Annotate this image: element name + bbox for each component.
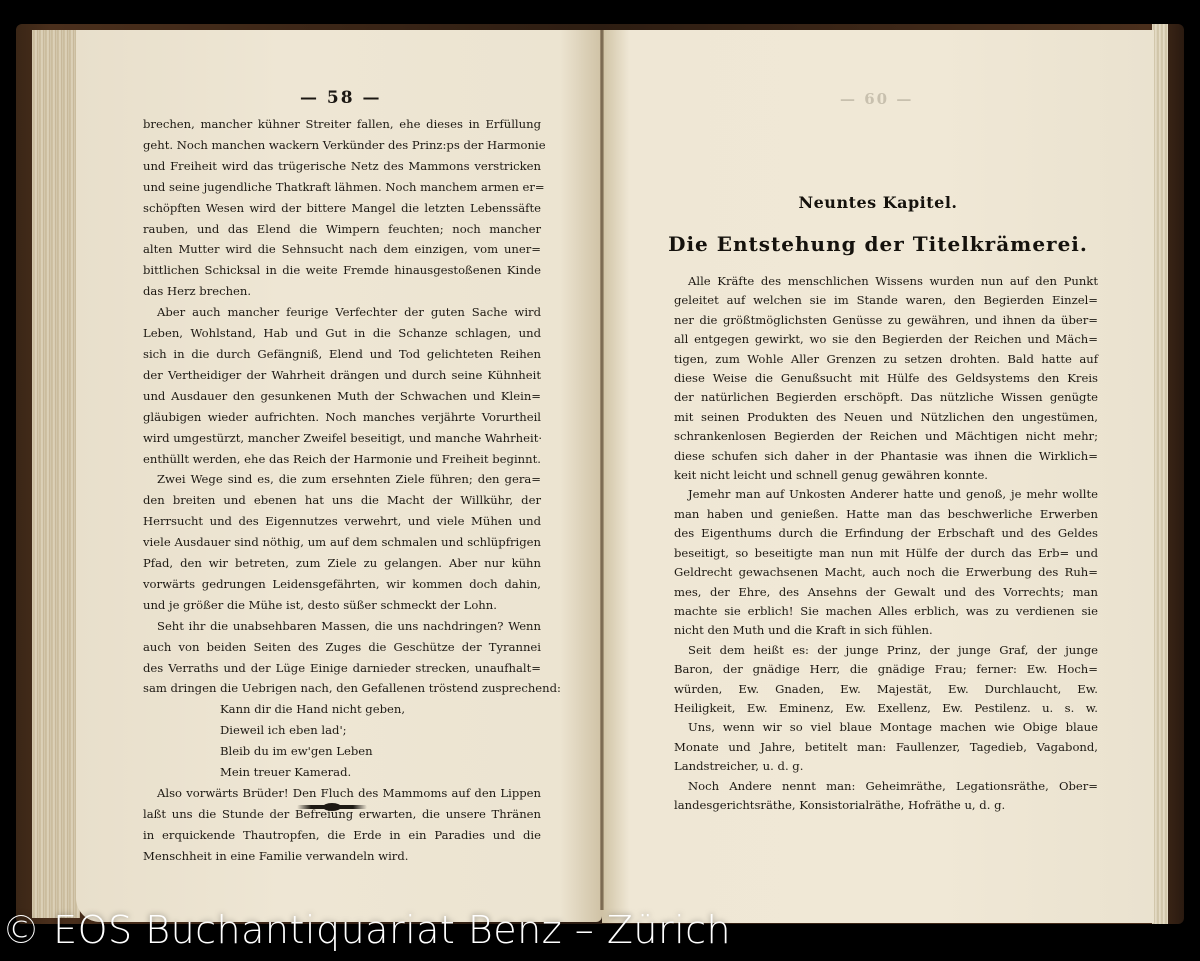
text-line: diese Weise die Genußsucht mit Hülfe des… (674, 369, 1098, 388)
chapter-number: Neuntes Kapitel. (602, 193, 1154, 212)
text-line: des Eigenthums durch die Erfindung der E… (674, 524, 1098, 543)
paragraph-start: Noch Andere nennt man: Geheimräthe, Lega… (674, 777, 1098, 796)
text-line: sich in die durch Gefängniß, Elend und T… (143, 344, 541, 365)
text-line: schrankenlosen Begierden der Reichen und… (674, 427, 1098, 446)
text-line: keit nicht leicht und schnell genug gewä… (674, 466, 1098, 485)
paragraph-start: Also vorwärts Brüder! Den Fluch des Mamm… (143, 783, 541, 804)
text-line: viele Ausdauer sind nöthig, um auf dem s… (143, 532, 541, 553)
text-line: den breiten und ebenen hat uns die Macht… (143, 490, 541, 511)
text-line: ner die größtmöglichsten Genüsse zu gewä… (674, 311, 1098, 330)
end-ornament (297, 805, 367, 809)
verse-line: Dieweil ich eben lad'; (143, 720, 541, 741)
text-line: in erquickende Thautropfen, die Erde in … (143, 825, 541, 846)
text-line: tigen, zum Wohle Aller Grenzen zu setzen… (674, 350, 1098, 369)
paragraph-start: Jemehr man auf Unkosten Anderer hatte un… (674, 485, 1098, 504)
text-line: würden, Ew. Gnaden, Ew. Majestät, Ew. Du… (674, 680, 1098, 699)
text-line: gläubigen wieder aufrichten. Noch manche… (143, 407, 541, 428)
text-line: Landstreicher, u. d. g. (674, 757, 1098, 776)
text-line: enthüllt werden, ehe das Reich der Harmo… (143, 449, 541, 470)
text-line: und je größer die Mühe ist, desto süßer … (143, 595, 541, 616)
text-line: geleitet auf welchen sie im Stande waren… (674, 291, 1098, 310)
text-line: alten Mutter wird die Sehnsucht nach dem… (143, 239, 541, 260)
text-line: rauben, und das Elend die Wimpern feucht… (143, 219, 541, 240)
text-line: Pfad, den wir betreten, zum Ziele zu gel… (143, 553, 541, 574)
text-line: Baron, der gnädige Herr, die gnädige Fra… (674, 660, 1098, 679)
text-line: mes, der Ehre, des Ansehns der Gewalt un… (674, 583, 1098, 602)
text-line: sam dringen die Uebrigen nach, den Gefal… (143, 678, 541, 699)
verse-line: Kann dir die Hand nicht geben, (143, 699, 541, 720)
text-line: des Verraths und der Lüge Einige darnied… (143, 658, 541, 679)
text-line: Herrsucht und des Eigennutzes verwehrt, … (143, 511, 541, 532)
text-line: machte sie erblich! Sie machen Alles erb… (674, 602, 1098, 621)
text-line: Geldrecht gewachsenen Macht, auch noch d… (674, 563, 1098, 582)
text-line: wird umgestürzt, mancher Zweifel beseiti… (143, 428, 541, 449)
text-line: Monate und Jahre, betitelt man: Faullenz… (674, 738, 1098, 757)
text-line: der natürlichen Begierden erschöpft. Das… (674, 388, 1098, 407)
text-line: man haben und genießen. Hatte man das be… (674, 505, 1098, 524)
text-line: der Vertheidiger der Wahrheit drängen un… (143, 365, 541, 386)
right-page-body: Alle Kräfte des menschlichen Wissens wur… (674, 272, 1098, 815)
text-line: nicht den Muth und die Kraft in sich füh… (674, 621, 1098, 640)
book-gutter (600, 30, 604, 910)
text-line: und Ausdauer den gesunkenen Muth der Sch… (143, 386, 541, 407)
text-line: vorwärts gedrungen Leidensgefährten, wir… (143, 574, 541, 595)
paragraph-start: Zwei Wege sind es, die zum ersehnten Zie… (143, 469, 541, 490)
text-line: diese schufen sich daher in der Phantasi… (674, 447, 1098, 466)
paragraph-start: Seit dem heißt es: der junge Prinz, der … (674, 641, 1098, 660)
page-edges-left (32, 30, 80, 918)
chapter-title: Die Entstehung der Titelkrämerei. (602, 232, 1154, 256)
left-page-body: brechen, mancher kühner Streiter fallen,… (143, 114, 541, 867)
text-line: Menschheit in eine Familie verwandeln wi… (143, 846, 541, 867)
verse-line: Bleib du im ew'gen Leben (143, 741, 541, 762)
text-line: und Freiheit wird das trügerische Netz d… (143, 156, 541, 177)
text-line: all entgegen gewirkt, wo sie den Begierd… (674, 330, 1098, 349)
page-edges-right (1152, 24, 1168, 924)
text-line: bittlichen Schicksal in die weite Fremde… (143, 260, 541, 281)
text-line: landesgerichtsräthe, Konsistorialräthe, … (674, 796, 1098, 815)
verse-line: Mein treuer Kamerad. (143, 762, 541, 783)
copyright-watermark: © EOS Buchantiquariat Benz – Zürich (2, 908, 731, 952)
text-line: Leben, Wohlstand, Hab und Gut in die Sch… (143, 323, 541, 344)
paragraph-start: Uns, wenn wir so viel blaue Montage mach… (674, 718, 1098, 737)
text-line: das Herz brechen. (143, 281, 541, 302)
text-line: auch von beiden Seiten des Zuges die Ges… (143, 637, 541, 658)
page-number-left: — 58 — (300, 88, 382, 108)
text-line: Heiligkeit, Ew. Eminenz, Ew. Exellenz, E… (674, 699, 1098, 718)
paragraph-start: Aber auch mancher feurige Verfechter der… (143, 302, 541, 323)
text-line: mit seinen Produkten des Neuen und Nützl… (674, 408, 1098, 427)
text-line: geht. Noch manchen wackern Verkünder des… (143, 135, 541, 156)
paragraph-start: Alle Kräfte des menschlichen Wissens wur… (674, 272, 1098, 291)
ghost-page-number: — 60 — (840, 90, 913, 108)
text-line: und seine jugendliche Thatkraft lähmen. … (143, 177, 541, 198)
text-line: schöpften Wesen wird der bittere Mangel … (143, 198, 541, 219)
text-line: brechen, mancher kühner Streiter fallen,… (143, 114, 541, 135)
text-line: beseitigt, so beseitigte man nun mit Hül… (674, 544, 1098, 563)
paragraph-start: Seht ihr die unabsehbaren Massen, die un… (143, 616, 541, 637)
